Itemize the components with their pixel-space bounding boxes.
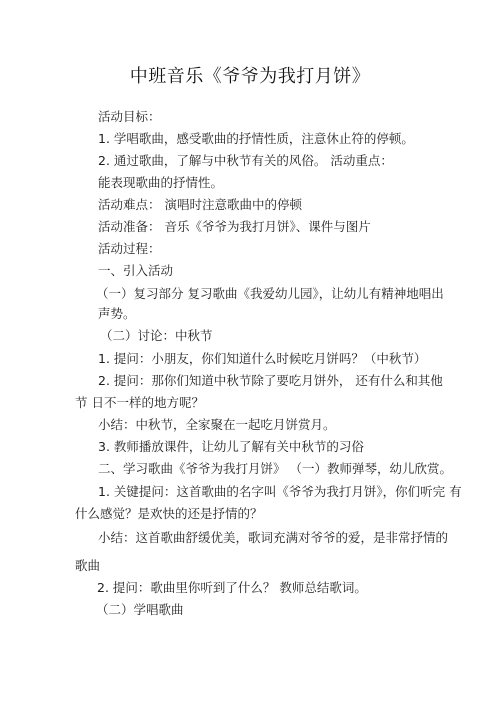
text-line: 活动准备： 音乐《爷爷为我打月饼》、课件与图片 bbox=[98, 219, 371, 235]
text-line: （二）讨论：中秋节 bbox=[100, 328, 213, 344]
text-line: 声势。 bbox=[98, 306, 136, 322]
text-line: 能表现歌曲的抒情性。 bbox=[98, 175, 223, 191]
text-line: 小结：中秋节，全家聚在一起吃月饼赏月。 bbox=[98, 417, 336, 433]
text-line: 1. 关键提问：这首歌曲的名字叫《爷爷为我打月饼》，你们听完 有 bbox=[98, 484, 462, 500]
text-line: 什么感觉？是欢快的还是抒情的？ bbox=[75, 506, 263, 522]
text-line: 1. 提问：小朋友，你们知道什么时候吃月饼吗？（中秋节） bbox=[98, 351, 426, 367]
document-title: 中班音乐《爷爷为我打月饼》 bbox=[0, 62, 500, 88]
text-line: 2. 通过歌曲，了解与中秋节有关的风俗。 活动重点： bbox=[98, 153, 393, 169]
text-line: 一、引入活动 bbox=[98, 263, 173, 279]
text-line: 2. 提问：那你们知道中秋节除了要吃月饼外， 还有什么和其他 bbox=[98, 373, 443, 389]
text-line: 节 日不一样的地方呢？ bbox=[75, 395, 204, 411]
text-line: 活动目标： bbox=[98, 109, 161, 125]
text-line: （一）复习部分 复习歌曲《我爱幼儿园》，让幼儿有精神地唱出 bbox=[96, 286, 444, 302]
text-line: 活动难点： 演唱时注意歌曲中的停顿 bbox=[98, 197, 302, 213]
text-line: 小结：这首歌曲舒缓优美，歌词充满对爷爷的爱，是非常抒情的 bbox=[98, 530, 448, 546]
text-line: 活动过程： bbox=[98, 241, 161, 257]
text-line: 1. 学唱歌曲，感受歌曲的抒情性质，注意休止符的停顿。 bbox=[98, 131, 414, 147]
text-line: 二、学习歌曲《爷爷为我打月饼》 （一）教师弹琴，幼儿欣赏。 bbox=[98, 461, 452, 477]
text-line: 歌曲 bbox=[75, 558, 100, 574]
text-line: 3. 教师播放课件，让幼儿了解有关中秋节的习俗 bbox=[98, 439, 364, 455]
text-line: 2. 提问：歌曲里你听到了什么？ 教师总结歌词。 bbox=[97, 580, 367, 596]
text-line: （二）学唱歌曲 bbox=[96, 602, 184, 618]
